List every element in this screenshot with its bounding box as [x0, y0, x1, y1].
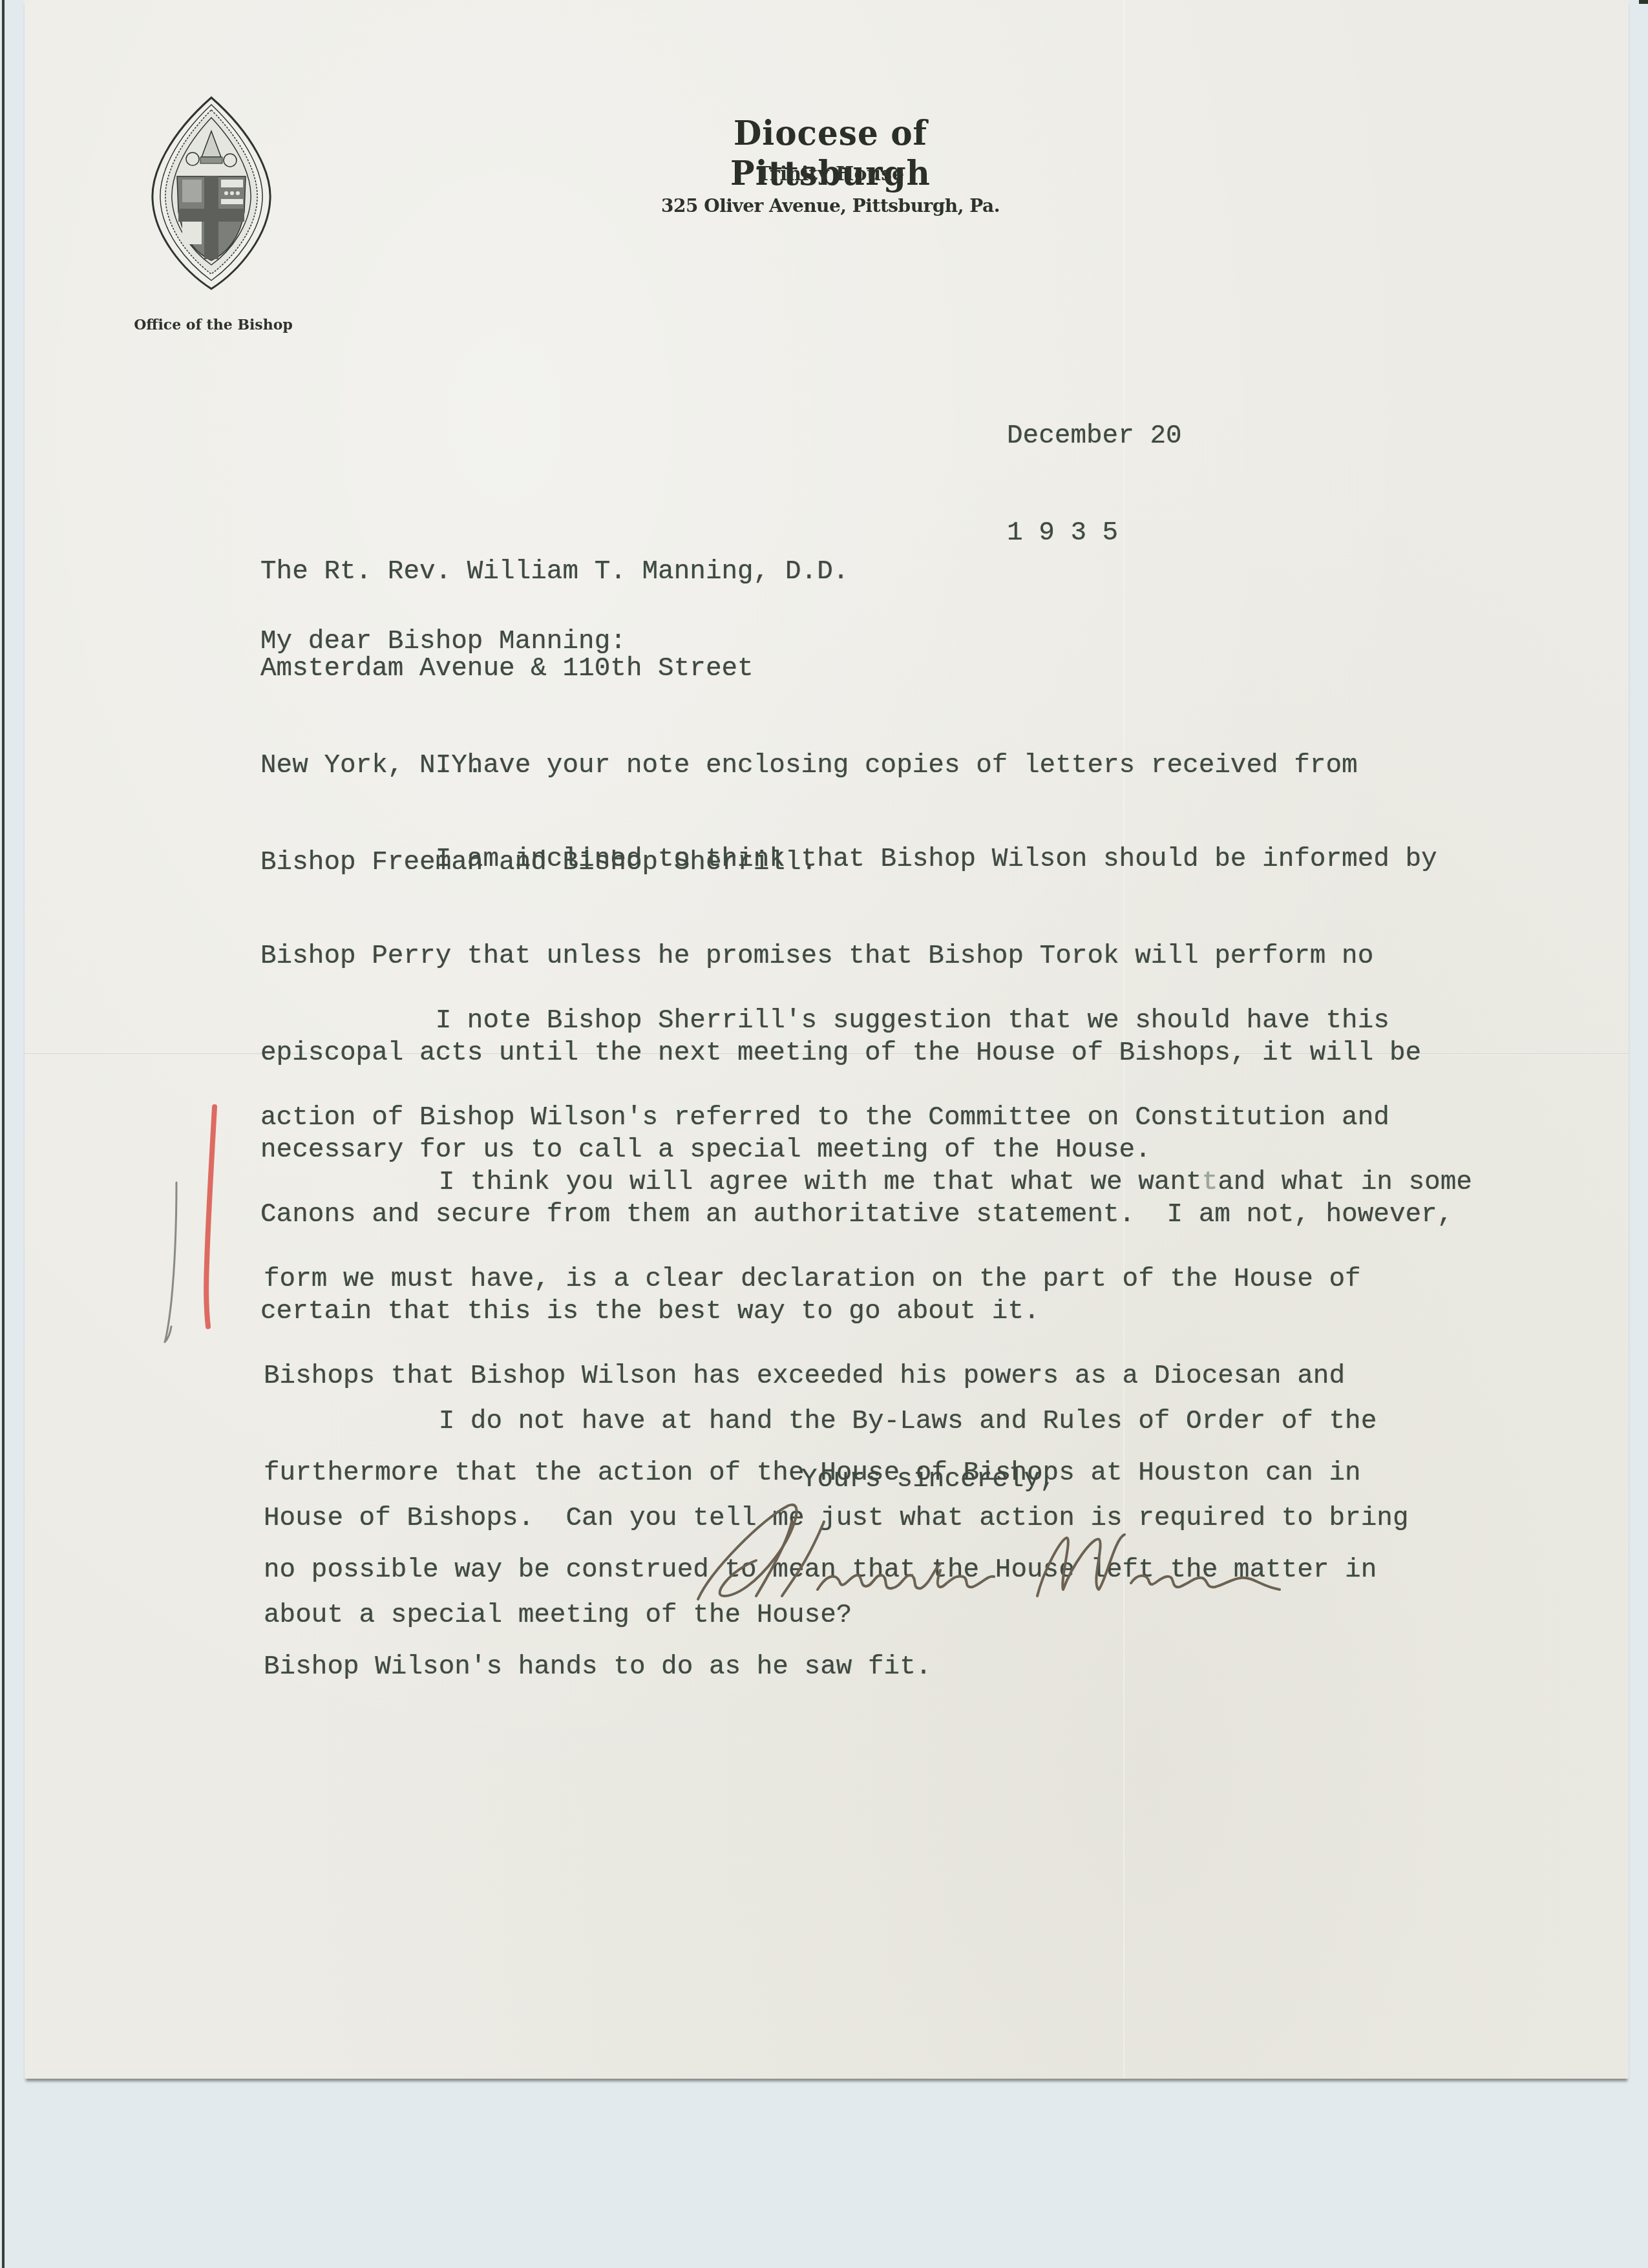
paragraph-line: I have your note enclosing copies of let…: [260, 750, 1358, 782]
letterhead-building: Trinity House: [650, 163, 1011, 185]
date-line-1: December 20: [1007, 420, 1182, 452]
letter-date: December 20 1 9 3 5: [1007, 355, 1182, 582]
scanner-edge: [2, 0, 5, 2268]
paragraph-line: I note Bishop Sherrill's suggestion that…: [260, 1005, 1453, 1037]
handwritten-signature: Alexander Mann: [685, 1493, 1512, 1609]
text-segment: and what in some: [1218, 1168, 1472, 1197]
text-segment: I think you will agree with me that what…: [264, 1168, 1202, 1197]
scanner-edge-corner: [1639, 0, 1648, 4]
red-pencil-margin-mark: [194, 1102, 226, 1334]
diocesan-seal-icon: [150, 96, 273, 291]
closing: Yours sincerely,: [801, 1464, 1056, 1496]
paragraph-line-first: I think you will agree with me that what…: [264, 1166, 1472, 1199]
graphite-pencil-margin-mark: [158, 1179, 184, 1347]
paragraph-line: form we must have, is a clear declaratio…: [264, 1263, 1472, 1296]
letterhead-address: 325 Oliver Avenue, Pittsburgh, Pa.: [650, 195, 1011, 216]
recipient-name: The Rt. Rev. William T. Manning, D.D.: [260, 556, 849, 588]
salutation: My dear Bishop Manning:: [260, 625, 626, 658]
paragraph-line: I do not have at hand the By-Laws and Ru…: [264, 1405, 1409, 1438]
paragraph-line: I am inclined to think that Bishop Wilso…: [260, 843, 1437, 876]
date-line-2: 1 9 3 5: [1007, 517, 1182, 549]
letterhead-office: Office of the Bishop: [120, 317, 307, 333]
typo-overstrike: t: [1202, 1168, 1218, 1197]
